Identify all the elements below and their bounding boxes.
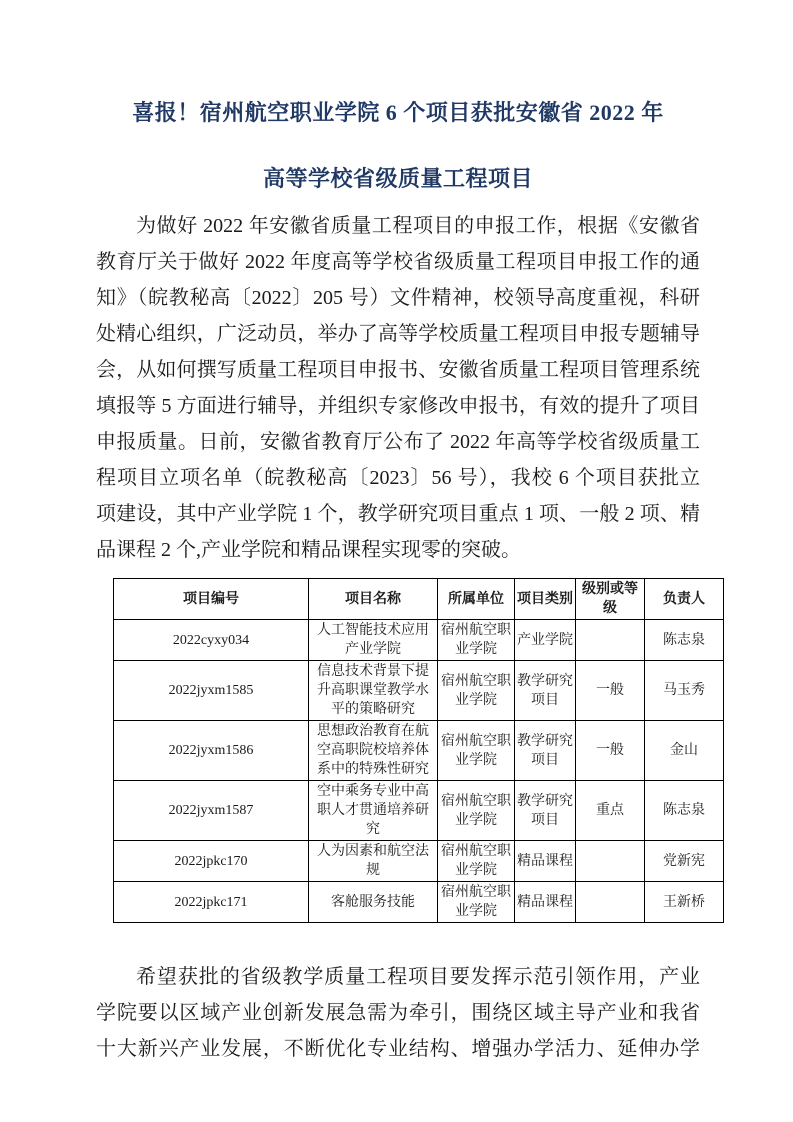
- project-leader-cell: 王新桥: [645, 882, 724, 923]
- text-line: 希望获批的省级教学质量工程项目要发挥示范引领作用，产业: [96, 959, 700, 995]
- intro-paragraph: 为做好 2022 年安徽省质量工程项目的申报工作，根据《安徽省 教育厅关于做好 …: [96, 208, 700, 568]
- project-leader-cell: 陈志泉: [645, 620, 724, 661]
- project-unit-cell: 宿州航空职业学院: [438, 721, 515, 781]
- text-line: 知》（皖教秘高〔2022〕205 号）文件精神，校领导高度重视，科研: [96, 280, 700, 316]
- table-header-row: 项目编号 项目名称 所属单位 项目类别 级别或等级 负责人: [114, 579, 724, 620]
- project-level-cell: [576, 620, 645, 661]
- project-code-cell: 2022jyxm1587: [114, 781, 309, 841]
- table-header-cell: 项目名称: [309, 579, 438, 620]
- text-line: 会，从如何撰写质量工程项目申报书、安徽省质量工程项目管理系统: [96, 352, 700, 388]
- text-line: 教育厅关于做好 2022 年度高等学校省级质量工程项目申报工作的通: [96, 244, 700, 280]
- document-title: 喜报！宿州航空职业学院 6 个项目获批安徽省 2022 年 高等学校省级质量工程…: [96, 98, 700, 194]
- projects-table-body: 2022cyxy034 人工智能技术应用产业学院 宿州航空职业学院 产业学院 陈…: [114, 620, 724, 923]
- table-header-cell: 所属单位: [438, 579, 515, 620]
- project-code-cell: 2022cyxy034: [114, 620, 309, 661]
- project-name-cell: 客舱服务技能: [309, 882, 438, 923]
- project-level-cell: 一般: [576, 721, 645, 781]
- project-category-cell: 教学研究项目: [515, 781, 576, 841]
- project-unit-cell: 宿州航空职业学院: [438, 882, 515, 923]
- text-line: 填报等 5 方面进行辅导，并组织专家修改申报书，有效的提升了项目: [96, 388, 700, 424]
- project-level-cell: 重点: [576, 781, 645, 841]
- project-level-cell: [576, 882, 645, 923]
- text-line: 申报质量。日前，安徽省教育厅公布了 2022 年高等学校省级质量工: [96, 424, 700, 460]
- project-name-cell: 信息技术背景下提升高职课堂教学水平的策略研究: [309, 661, 438, 721]
- project-category-cell: 精品课程: [515, 882, 576, 923]
- project-unit-cell: 宿州航空职业学院: [438, 661, 515, 721]
- project-category-cell: 产业学院: [515, 620, 576, 661]
- project-name-cell: 人工智能技术应用产业学院: [309, 620, 438, 661]
- table-row: 2022jyxm1587 空中乘务专业中高职人才贯通培养研究 宿州航空职业学院 …: [114, 781, 724, 841]
- table-header-cell: 负责人: [645, 579, 724, 620]
- project-level-cell: 一般: [576, 661, 645, 721]
- project-code-cell: 2022jpkc170: [114, 841, 309, 882]
- project-unit-cell: 宿州航空职业学院: [438, 841, 515, 882]
- text-line: 程项目立项名单（皖教秘高〔2023〕56 号），我校 6 个项目获批立: [96, 460, 700, 496]
- text-line: 处精心组织，广泛动员，举办了高等学校质量工程项目申报专题辅导: [96, 316, 700, 352]
- table-row: 2022jpkc171 客舱服务技能 宿州航空职业学院 精品课程 王新桥: [114, 882, 724, 923]
- table-header-cell: 项目类别: [515, 579, 576, 620]
- text-line: 十大新兴产业发展，不断优化专业结构、增强办学活力、延伸办学: [96, 1031, 700, 1067]
- project-category-cell: 精品课程: [515, 841, 576, 882]
- projects-table: 项目编号 项目名称 所属单位 项目类别 级别或等级 负责人: [113, 578, 724, 923]
- closing-paragraph: 希望获批的省级教学质量工程项目要发挥示范引领作用，产业 学院要以区域产业创新发展…: [96, 959, 700, 1067]
- project-category-cell: 教学研究项目: [515, 721, 576, 781]
- project-level-cell: [576, 841, 645, 882]
- project-leader-cell: 金山: [645, 721, 724, 781]
- text-line: 项建设，其中产业学院 1 个，教学研究项目重点 1 项、一般 2 项、精: [96, 496, 700, 532]
- document-page: 喜报！宿州航空职业学院 6 个项目获批安徽省 2022 年 高等学校省级质量工程…: [0, 0, 793, 1122]
- project-code-cell: 2022jyxm1586: [114, 721, 309, 781]
- project-code-cell: 2022jyxm1585: [114, 661, 309, 721]
- text-line: 为做好 2022 年安徽省质量工程项目的申报工作，根据《安徽省: [96, 208, 700, 244]
- text-line: 学院要以区域产业创新发展急需为牵引，围绕区域主导产业和我省: [96, 995, 700, 1031]
- table-row: 2022jyxm1585 信息技术背景下提升高职课堂教学水平的策略研究 宿州航空…: [114, 661, 724, 721]
- text-line: 品课程 2 个,产业学院和精品课程实现零的突破。: [96, 532, 700, 568]
- table-row: 2022cyxy034 人工智能技术应用产业学院 宿州航空职业学院 产业学院 陈…: [114, 620, 724, 661]
- table-row: 2022jpkc170 人为因素和航空法规 宿州航空职业学院 精品课程 党新宪: [114, 841, 724, 882]
- project-name-cell: 空中乘务专业中高职人才贯通培养研究: [309, 781, 438, 841]
- table-header-cell: 项目编号: [114, 579, 309, 620]
- table-row: 2022jyxm1586 思想政治教育在航空高职院校培养体系中的特殊性研究 宿州…: [114, 721, 724, 781]
- document-title-line-1: 喜报！宿州航空职业学院 6 个项目获批安徽省 2022 年: [96, 98, 700, 128]
- project-leader-cell: 马玉秀: [645, 661, 724, 721]
- project-unit-cell: 宿州航空职业学院: [438, 620, 515, 661]
- table-header-cell: 级别或等级: [576, 579, 645, 620]
- project-category-cell: 教学研究项目: [515, 661, 576, 721]
- project-name-cell: 思想政治教育在航空高职院校培养体系中的特殊性研究: [309, 721, 438, 781]
- document-title-line-2: 高等学校省级质量工程项目: [96, 164, 700, 194]
- project-name-cell: 人为因素和航空法规: [309, 841, 438, 882]
- project-code-cell: 2022jpkc171: [114, 882, 309, 923]
- project-leader-cell: 党新宪: [645, 841, 724, 882]
- project-leader-cell: 陈志泉: [645, 781, 724, 841]
- document-content: 喜报！宿州航空职业学院 6 个项目获批安徽省 2022 年 高等学校省级质量工程…: [0, 98, 793, 1067]
- project-unit-cell: 宿州航空职业学院: [438, 781, 515, 841]
- projects-table-head: 项目编号 项目名称 所属单位 项目类别 级别或等级 负责人: [114, 579, 724, 620]
